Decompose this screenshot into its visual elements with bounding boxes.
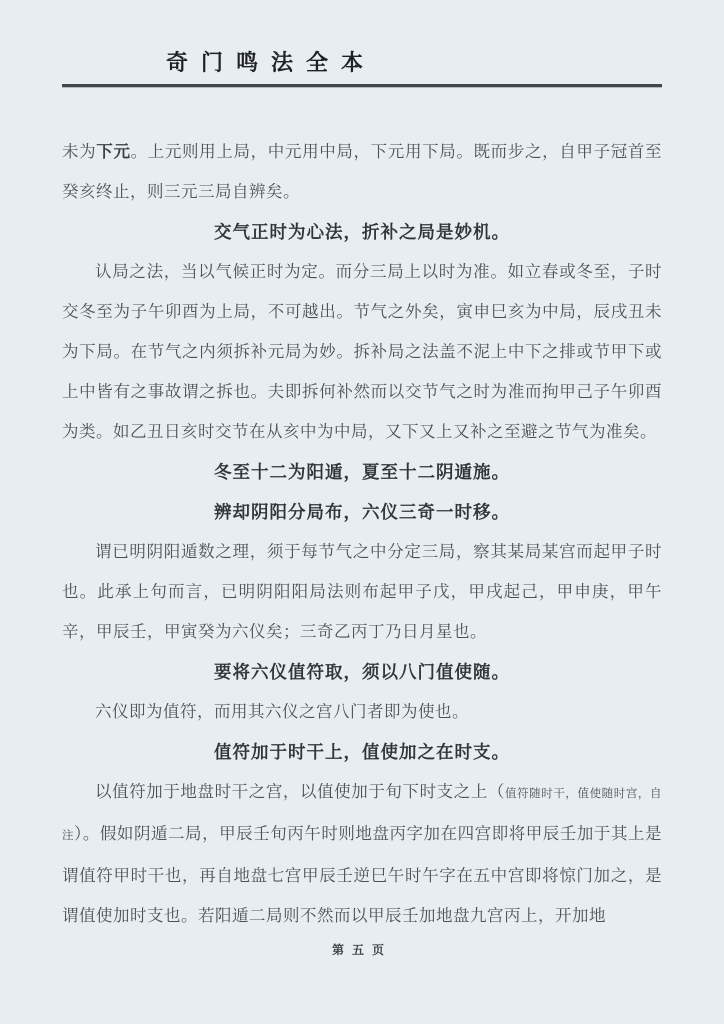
text-segment: 冬至十二为阳遁，夏至十二阴遁施。	[214, 462, 510, 482]
text-segment: ）。假如阴遁二局，甲辰壬旬丙午时则地盘丙字加在四宫即将甲辰壬加于其上是谓值符甲时…	[62, 825, 662, 925]
text-segment: 辨却阴阳分局布，六仪三奇一时移。	[214, 502, 510, 522]
page-footer: 第五页	[0, 941, 724, 958]
text-segment: 交气正时为心法，折补之局是妙机。	[214, 222, 510, 242]
text-segment: 未为	[62, 143, 96, 161]
paragraph: 六仪即为值符，而用其六仪之宫八门者即为使也。	[62, 692, 662, 732]
text-segment: 认局之法，当以气候正时为定。而分三局上以时为准。如立春或冬至，子时交冬至为子午卯…	[62, 263, 662, 441]
page-title: 奇门鸣法全本	[62, 52, 662, 74]
text-segment: 。上元则用上局，中元用中局，下元用下局。既而步之，自甲子冠首至癸亥终止，则三元三…	[62, 143, 662, 201]
text-segment: 以值符加于地盘时干之宫，以值使加于旬下时支之上（	[95, 783, 505, 801]
text-segment: 谓已明阴阳遁数之理，须于每节气之中分定三局，察其某局某宫而起甲子时也。此承上句而…	[62, 543, 662, 641]
paragraph: 以值符加于地盘时干之宫，以值使加于旬下时支之上（值符随时干，值使随时宫，自注）。…	[62, 772, 662, 936]
page-header: 奇门鸣法全本	[0, 0, 724, 88]
section-heading: 交气正时为心法，折补之局是妙机。	[62, 212, 662, 252]
section-heading: 冬至十二为阳遁，夏至十二阴遁施。	[62, 452, 662, 492]
document-page: 奇门鸣法全本 未为下元。上元则用上局，中元用中局，下元用下局。既而步之，自甲子冠…	[0, 0, 724, 1024]
section-heading: 辨却阴阳分局布，六仪三奇一时移。	[62, 492, 662, 532]
text-segment: 六仪即为值符，而用其六仪之宫八门者即为使也。	[95, 703, 469, 721]
text-segment: 下元	[96, 143, 130, 161]
section-heading: 要将六仪值符取，须以八门值使随。	[62, 652, 662, 692]
page-body: 未为下元。上元则用上局，中元用中局，下元用下局。既而步之，自甲子冠首至癸亥终止，…	[0, 132, 724, 936]
title-rule	[62, 84, 662, 88]
section-heading: 值符加于时干上，值使加之在时支。	[62, 732, 662, 772]
paragraph: 谓已明阴阳遁数之理，须于每节气之中分定三局，察其某局某宫而起甲子时也。此承上句而…	[62, 532, 662, 652]
text-segment: 要将六仪值符取，须以八门值使随。	[214, 662, 510, 682]
paragraph: 认局之法，当以气候正时为定。而分三局上以时为准。如立春或冬至，子时交冬至为子午卯…	[62, 252, 662, 452]
paragraph: 未为下元。上元则用上局，中元用中局，下元用下局。既而步之，自甲子冠首至癸亥终止，…	[62, 132, 662, 212]
text-segment: 值符加于时干上，值使加之在时支。	[214, 742, 510, 762]
